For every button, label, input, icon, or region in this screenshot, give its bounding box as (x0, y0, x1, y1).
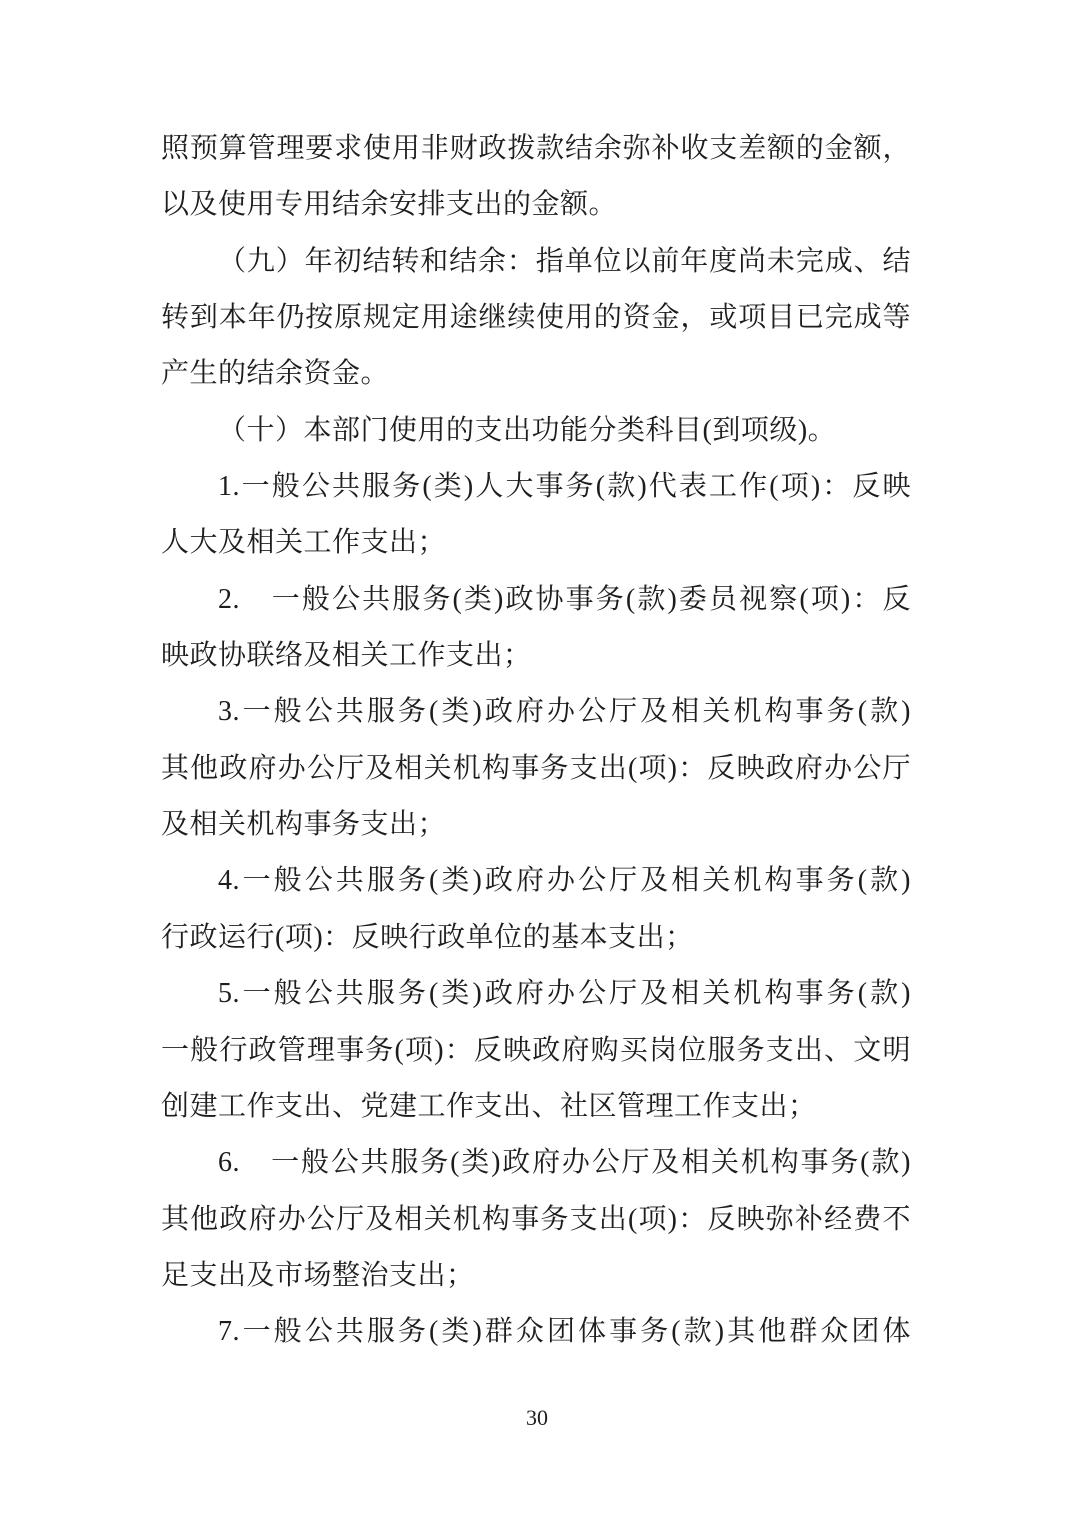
paragraph: 照预算管理要求使用非财政拨款结余弥补收支差额的金额，以及使用专用结余安排支出的金… (161, 121, 911, 234)
text-line: 4.一般公共服务(类)政府办公厅及相关机构事务(款) (161, 853, 911, 909)
text-line: 足支出及市场整治支出； (161, 1248, 911, 1304)
page-number: 30 (0, 1402, 1074, 1434)
text-line: 其他政府办公厅及相关机构事务支出(项)：反映政府办公厅 (161, 741, 911, 797)
text-line: 及相关机构事务支出； (161, 797, 911, 853)
paragraph: 7.一般公共服务(类)群众团体事务(款)其他群众团体 (161, 1304, 911, 1360)
text-line: 一般行政管理事务(项)：反映政府购买岗位服务支出、文明 (161, 1023, 911, 1079)
paragraph: 4.一般公共服务(类)政府办公厅及相关机构事务(款)行政运行(项)：反映行政单位… (161, 853, 911, 966)
paragraph: （十）本部门使用的支出功能分类科目(到项级)。 (161, 403, 911, 459)
text-line: 2. 一般公共服务(类)政协事务(款)委员视察(项)：反 (161, 572, 911, 628)
text-line: 映政协联络及相关工作支出； (161, 628, 911, 684)
text-line: 3.一般公共服务(类)政府办公厅及相关机构事务(款) (161, 684, 911, 740)
paragraph: （九）年初结转和结余：指单位以前年度尚未完成、结转到本年仍按原规定用途继续使用的… (161, 234, 911, 403)
document-page: 照预算管理要求使用非财政拨款结余弥补收支差额的金额，以及使用专用结余安排支出的金… (0, 0, 1074, 1520)
text-line: 5.一般公共服务(类)政府办公厅及相关机构事务(款) (161, 966, 911, 1022)
text-line: 7.一般公共服务(类)群众团体事务(款)其他群众团体 (161, 1304, 911, 1360)
text-line: 其他政府办公厅及相关机构事务支出(项)：反映弥补经费不 (161, 1192, 911, 1248)
text-line: 6. 一般公共服务(类)政府办公厅及相关机构事务(款) (161, 1135, 911, 1191)
text-line: （十）本部门使用的支出功能分类科目(到项级)。 (161, 403, 911, 459)
paragraph: 3.一般公共服务(类)政府办公厅及相关机构事务(款)其他政府办公厅及相关机构事务… (161, 684, 911, 853)
text-line: （九）年初结转和结余：指单位以前年度尚未完成、结 (161, 234, 911, 290)
text-line: 人大及相关工作支出； (161, 515, 911, 571)
text-line: 产生的结余资金。 (161, 346, 911, 402)
paragraph: 2. 一般公共服务(类)政协事务(款)委员视察(项)：反映政协联络及相关工作支出… (161, 572, 911, 685)
text-line: 1.一般公共服务(类)人大事务(款)代表工作(项)：反映 (161, 459, 911, 515)
text-line: 转到本年仍按原规定用途继续使用的资金，或项目已完成等 (161, 290, 911, 346)
paragraph: 6. 一般公共服务(类)政府办公厅及相关机构事务(款)其他政府办公厅及相关机构事… (161, 1135, 911, 1304)
text-line: 照预算管理要求使用非财政拨款结余弥补收支差额的金额， (161, 121, 911, 177)
text-line: 创建工作支出、党建工作支出、社区管理工作支出； (161, 1079, 911, 1135)
text-line: 行政运行(项)：反映行政单位的基本支出； (161, 910, 911, 966)
paragraph: 5.一般公共服务(类)政府办公厅及相关机构事务(款)一般行政管理事务(项)：反映… (161, 966, 911, 1135)
document-content: 照预算管理要求使用非财政拨款结余弥补收支差额的金额，以及使用专用结余安排支出的金… (161, 121, 911, 1361)
text-line: 以及使用专用结余安排支出的金额。 (161, 177, 911, 233)
paragraph: 1.一般公共服务(类)人大事务(款)代表工作(项)：反映人大及相关工作支出； (161, 459, 911, 572)
